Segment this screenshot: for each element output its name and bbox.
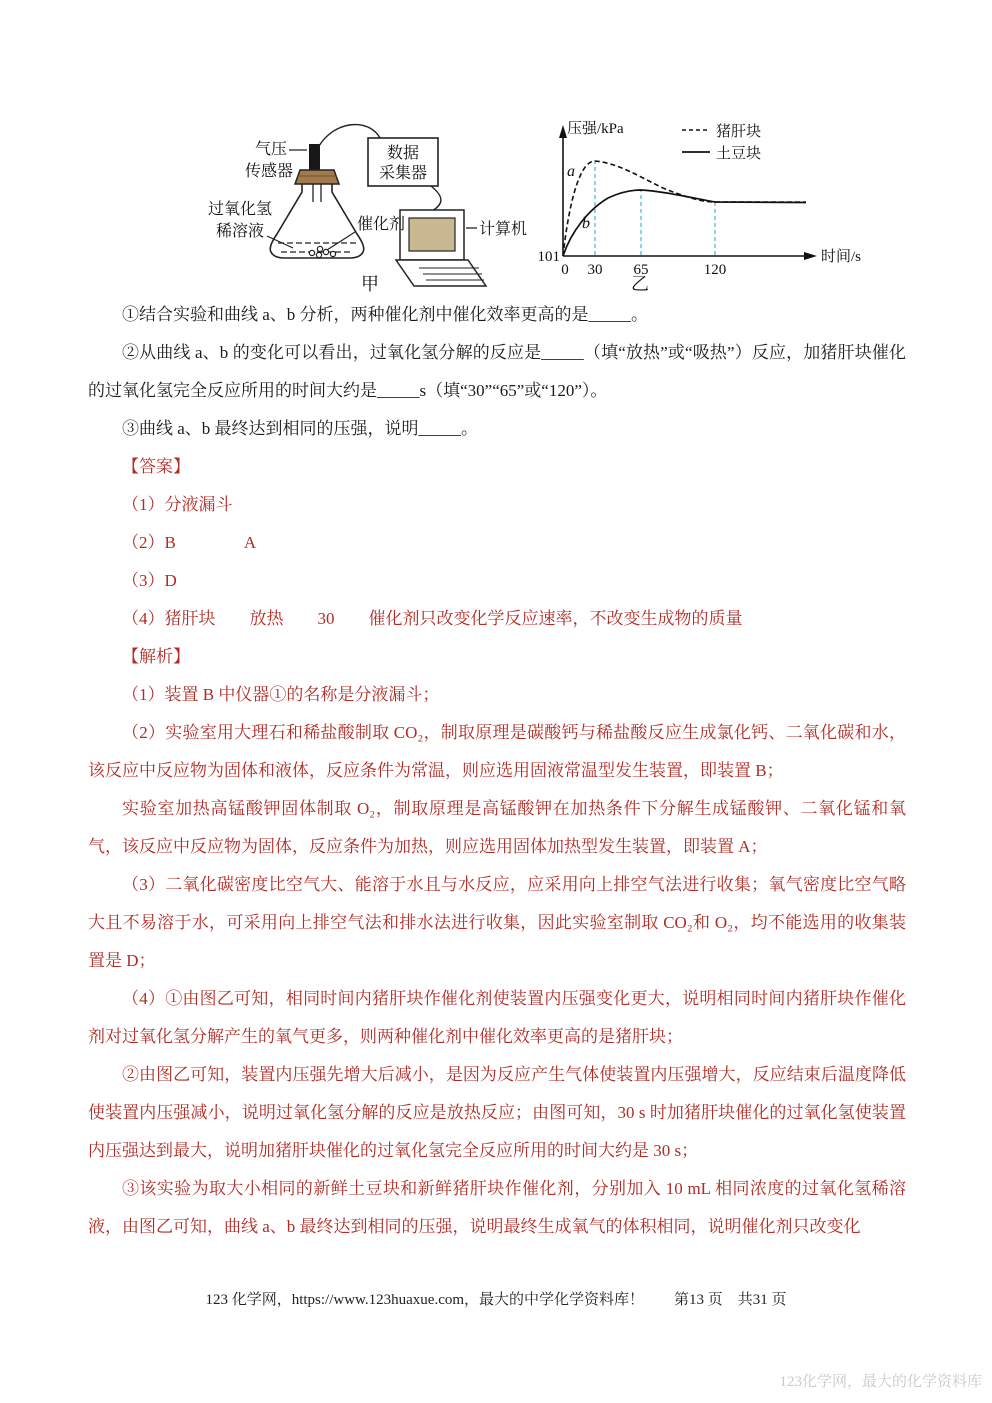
x-axis-title: 时间/s xyxy=(821,248,861,265)
site-watermark: 123化学网，最大的化学资料库 xyxy=(779,1370,982,1391)
y-axis-arrow xyxy=(559,125,567,138)
curve-b-potato xyxy=(563,190,806,256)
sensor-label-line1: 气压 xyxy=(255,140,287,158)
solution-label-line2: 稀溶液 xyxy=(216,222,264,240)
figure-chart-yi: 压强/kPa 时间/s 101 0 30 65 120 a b 猪肝块 土豆块 … xyxy=(538,108,883,296)
analysis-p6: ②由图乙可知，装置内压强先增大后减小，是因为反应产生气体使装置内压强增大，反应结… xyxy=(88,1056,906,1170)
y-axis-title: 压强/kPa xyxy=(567,120,624,137)
data-collector-label-line1: 数据 xyxy=(387,144,419,162)
answer-item-3: （3）D xyxy=(88,562,906,600)
figure-yi-caption: 乙 xyxy=(631,274,649,294)
sensor-label-line2: 传感器 xyxy=(245,162,293,180)
origin-pressure-label: 101 xyxy=(538,249,560,265)
vertical-guides xyxy=(595,161,715,255)
legend-dashed-label: 猪肝块 xyxy=(716,122,761,140)
pressure-sensor-rod xyxy=(309,144,320,172)
analysis-p1: （1）装置 B 中仪器①的名称是分液漏斗； xyxy=(88,676,906,714)
figures-row: 数据 采集器 气压 传感器 过氧化氢 稀溶液 催化剂 计算机 甲 xyxy=(0,0,992,300)
x-tick-30: 30 xyxy=(588,262,603,278)
catalyst-pointer-line xyxy=(327,232,355,250)
computer-label: 计算机 xyxy=(479,220,527,238)
answer-item-1: （1）分液漏斗 xyxy=(88,486,906,524)
laptop xyxy=(396,210,486,286)
analysis-p2: （2）实验室用大理石和稀盐酸制取 CO₂，制取原理是碳酸钙与稀盐酸反应生成氯化钙… xyxy=(88,714,906,790)
laptop-screen xyxy=(409,218,455,251)
wire-collector-to-computer xyxy=(431,186,441,211)
flask-stopper xyxy=(295,170,339,184)
answer-item-4: （4）猪肝块 放热 30 催化剂只改变化学反应速率，不改变生成物的质量 xyxy=(88,600,906,638)
data-collector-label-line2: 采集器 xyxy=(379,164,427,182)
legend-solid-label: 土豆块 xyxy=(716,145,761,162)
curve-a-label: a xyxy=(567,163,575,180)
figure-apparatus-jia: 数据 采集器 气压 传感器 过氧化氢 稀溶液 催化剂 计算机 甲 xyxy=(183,110,533,298)
erlenmeyer-flask xyxy=(270,184,364,258)
solution-label-line1: 过氧化氢 xyxy=(208,200,272,218)
x-tick-0: 0 xyxy=(561,262,569,278)
catalyst-label: 催化剂 xyxy=(357,214,405,233)
analysis-p3: 实验室加热高锰酸钾固体制取 O₂，制取原理是高锰酸钾在加热条件下分解生成锰酸钾、… xyxy=(88,790,906,866)
question-2: ②从曲线 a、b 的变化可以看出，过氧化氢分解的反应是_____（填“放热”或“… xyxy=(88,334,906,410)
page-footer: 123 化学网，https://www.123huaxue.com，最大的中学化… xyxy=(0,1288,992,1309)
figure-jia-caption: 甲 xyxy=(361,274,379,294)
analysis-p7: ③该实验为取大小相同的新鲜土豆块和新鲜猪肝块作催化剂，分别加入 10 mL 相同… xyxy=(88,1170,906,1246)
question-3: ③曲线 a、b 最终达到相同的压强，说明_____。 xyxy=(88,410,906,448)
curve-b-label: b xyxy=(582,215,590,232)
question-1: ①结合实验和曲线 a、b 分析，两种催化剂中催化效率更高的是_____。 xyxy=(88,296,906,334)
analysis-p4: （3）二氧化碳密度比空气大、能溶于水且与水反应，应采用向上排空气法进行收集；氧气… xyxy=(88,866,906,980)
document-body: ①结合实验和曲线 a、b 分析，两种催化剂中催化效率更高的是_____。 ②从曲… xyxy=(88,296,906,1246)
curve-a-pig-liver xyxy=(563,161,806,256)
x-tick-120: 120 xyxy=(704,262,727,278)
analysis-p5: （4）①由图乙可知，相同时间内猪肝块作催化剂使装置内压强变化更大，说明相同时间内… xyxy=(88,980,906,1056)
answer-header: 【答案】 xyxy=(88,448,906,486)
x-axis-arrow xyxy=(804,252,817,260)
laptop-base xyxy=(396,260,486,286)
analysis-header: 【解析】 xyxy=(88,638,906,676)
answer-item-2: （2）B A xyxy=(88,524,906,562)
